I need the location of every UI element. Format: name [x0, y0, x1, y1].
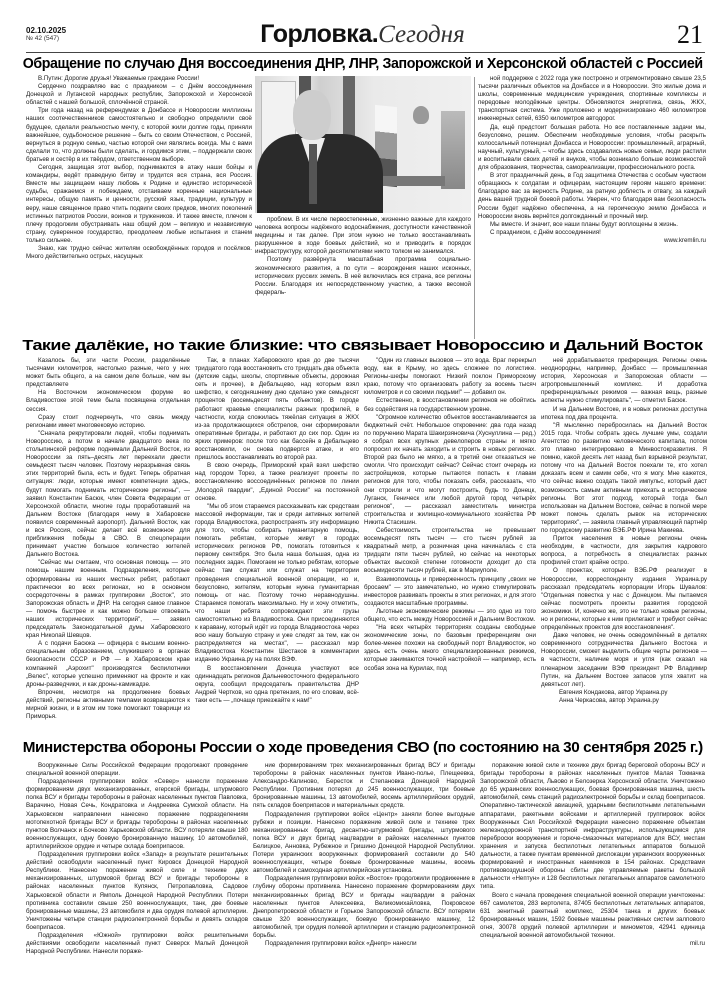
- author-credit: Анна Черкасова, автор Украина.ру: [541, 697, 707, 705]
- paragraph: В.Путин: Дорогие друзья! Уважаемые гражд…: [26, 75, 252, 83]
- paragraph: Подразделения группировки войск «Север» …: [26, 778, 248, 851]
- paragraph: Подразделения группировки войск «Днепр» …: [253, 940, 475, 948]
- article3-column-2: ние формированиям трех механизированных …: [253, 762, 475, 997]
- paragraph: Казалось бы, эти части России, разделённ…: [26, 357, 190, 389]
- column-divider: [474, 77, 475, 339]
- paragraph: О проектах, которые ВЭБ.РФ реализует в Н…: [541, 567, 707, 632]
- paragraph: "Один из главных вызовов — это вода. Вра…: [364, 357, 536, 397]
- paragraph: "Мы об этом стараемся рассказывать как с…: [195, 503, 359, 665]
- article1-headline: Обращение по случаю Дня воссоединения ДН…: [0, 55, 725, 73]
- paragraph: В этот праздничный день, в Год защитника…: [478, 172, 706, 221]
- paragraph: поражение живой силе и технике двух бриг…: [480, 762, 705, 892]
- masthead: 02.10.2025 № 42 (547) Горловка.Сегодня 2…: [0, 0, 725, 52]
- paragraph: Да, ещё предстоит большая работа. Но все…: [478, 124, 706, 173]
- paragraph: Три года назад на референдумах в Донбасс…: [26, 107, 252, 164]
- paragraph: И на Дальнем Востоке, и в новых регионах…: [541, 406, 707, 422]
- paragraph: "Сейчас мы считаем, что основная помощь …: [26, 559, 190, 640]
- paragraph: С праздником, с Днём воссоединения!: [478, 229, 706, 237]
- header-divider: [26, 52, 705, 53]
- article1-column-2: проблем. В их числе первостепенные, жизн…: [255, 216, 471, 340]
- article2-column-2: Так, в планах Хабаровского края до две т…: [195, 357, 359, 732]
- paragraph: проблем. В их числе первостепенные, жизн…: [255, 216, 471, 256]
- paragraph: Знаю, как трудно сейчас жителям освобожд…: [26, 245, 252, 261]
- source-credit: www.kremlin.ru: [478, 237, 706, 245]
- newspaper-title: Горловка.Сегодня: [0, 20, 725, 49]
- source-credit: mil.ru: [480, 940, 705, 948]
- article2-column-3: "Один из главных вызовов — это вода. Вра…: [364, 357, 536, 732]
- paragraph: Приток населения в новые регионы очень н…: [541, 535, 707, 567]
- paragraph: "Огромное количество объектов восстанавл…: [364, 414, 536, 527]
- article3-column-3: поражение живой силе и технике двух бриг…: [480, 762, 705, 997]
- paragraph: Естественно, в восстановлении регионов н…: [364, 397, 536, 413]
- paragraph: Мы вместе. И значит, все наши планы буду…: [478, 221, 706, 229]
- paragraph: На Восточном экономическом форуме во Вла…: [26, 389, 190, 413]
- paragraph: "На всех четырёх территориях созданы сво…: [364, 624, 536, 673]
- paragraph: В свою очередь, Приморский край взял шеф…: [195, 462, 359, 502]
- paragraph: Вооруженные Силы Российской Федерации пр…: [26, 762, 248, 778]
- article1-column-3: ной поддержке с 2022 года уже построено …: [478, 75, 706, 340]
- paragraph: Всего с начала проведения специальной во…: [480, 892, 705, 941]
- paragraph: Подразделения группировки войск «Центр» …: [253, 811, 475, 876]
- paragraph: А с подачи Басюка — офицера с высшим вое…: [26, 640, 190, 689]
- paragraph: Подразделения «Южной» группировки войск …: [26, 932, 248, 956]
- page-number: 21: [677, 20, 703, 50]
- paragraph: "Я мысленно перебросилась на Дальний Вос…: [541, 422, 707, 535]
- author-credit: Евгения Кондакова, автор Украина.ру: [541, 689, 707, 697]
- paragraph: Себестоимость строительства не превышает…: [364, 527, 536, 576]
- title-italic: Сегодня: [378, 21, 465, 48]
- paragraph: Сегодня, защищая этот выбор, поднимаются…: [26, 164, 252, 245]
- paragraph: Подразделения группировки войск «Восток»…: [253, 875, 475, 940]
- article2-headline: Такие далёкие, но такие близкие: что свя…: [0, 337, 725, 355]
- article3-headline: Министерства обороны России о ходе прове…: [0, 738, 725, 758]
- article3-column-1: Вооруженные Силы Российской Федерации пр…: [26, 762, 248, 997]
- paragraph: Так, в планах Хабаровского края до две т…: [195, 357, 359, 462]
- article1-photo: [255, 76, 471, 213]
- paragraph: Впрочем, несмотря на продолжение боевых …: [26, 689, 190, 721]
- article2-column-1: Казалось бы, эти части России, разделённ…: [26, 357, 190, 732]
- paragraph: Даже человек, не очень осведомлённый в д…: [541, 632, 707, 689]
- paragraph: В восстановлении Донецка участвуют все о…: [195, 665, 359, 705]
- paragraph: Сердечно поздравляю вас с праздником – с…: [26, 83, 252, 107]
- article2-column-4: неё дорабатывается преференция. Регионы …: [541, 357, 707, 732]
- paragraph: ной поддержке с 2022 года уже построено …: [478, 75, 706, 124]
- paragraph: Поэтому развёрнута масштабная программа …: [255, 256, 471, 296]
- paragraph: неё дорабатывается преференция. Регионы …: [541, 357, 707, 406]
- title-main: Горловка.: [260, 20, 378, 48]
- article1-column-1: В.Путин: Дорогие друзья! Уважаемые гражд…: [26, 75, 252, 340]
- paragraph: "Сначала рекрутировали людей, чтобы подн…: [26, 430, 190, 560]
- paragraph: Подразделения группировки войск «Запад» …: [26, 851, 248, 932]
- paragraph: Взаимопомощь и приверженность принципу „…: [364, 576, 536, 608]
- paragraph: Сразу стоит подчеркнуть, что связь между…: [26, 414, 190, 430]
- paragraph: Льготные экономические режимы — это одно…: [364, 608, 536, 624]
- paragraph: ние формированиям трех механизированных …: [253, 762, 475, 811]
